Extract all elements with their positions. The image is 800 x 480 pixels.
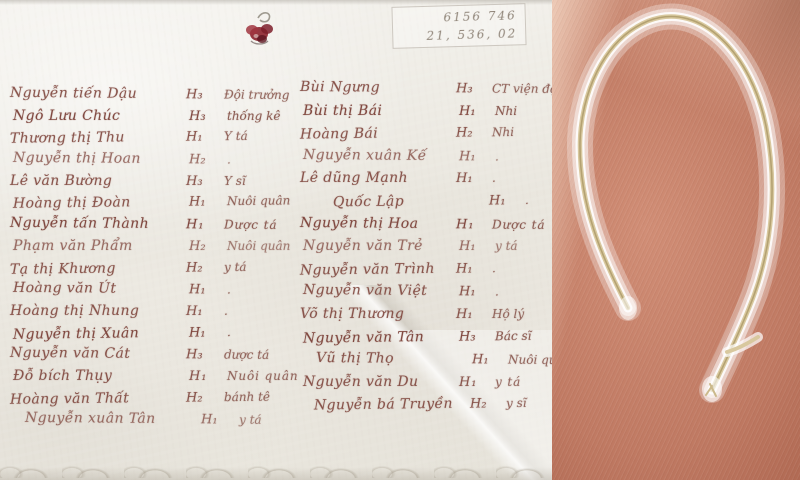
person-name: Bùi Ngưng	[300, 79, 456, 96]
role-note: Nuôi quân	[227, 239, 305, 253]
grade-mark: H₁	[189, 282, 227, 297]
role-note: Dược tá	[224, 218, 302, 233]
grade-mark: H₁	[189, 325, 227, 340]
person-name: Hoàng văn Út	[13, 280, 189, 297]
grade-mark: H₂	[186, 260, 224, 275]
grade-mark: H₁	[456, 261, 492, 276]
grade-mark: H₂	[189, 152, 227, 167]
roster-row: Nguyễn văn TânH₃Bác sĩ	[303, 327, 561, 353]
person-name: Nguyễn văn Tân	[303, 328, 459, 346]
grade-mark: H₁	[456, 171, 492, 186]
roster-row: Quốc LậpH₁.	[333, 192, 561, 217]
roster-row: Vũ thị ThọH₁Nuôi quân	[316, 350, 558, 374]
person-name: Ngô Lưu Chúc	[13, 108, 189, 124]
roster-row: Nguyễn văn CátH₃dược tá	[10, 345, 302, 369]
person-name: Nguyễn xuân Kế	[303, 147, 459, 164]
roster-row: Đỗ bích ThụyH₁Nuôi quân	[13, 368, 305, 390]
person-name: Nguyễn bá Truyền	[314, 396, 470, 414]
person-name: Lê văn Bường	[10, 173, 186, 189]
roster-row: Nguyễn tấn ThànhH₁Dược tá	[10, 215, 302, 239]
person-name: Phạm văn Phẩm	[13, 238, 189, 254]
grade-mark: H₁	[489, 193, 525, 208]
roster-row: Nguyễn xuân TânH₁y tá	[25, 410, 305, 434]
grade-mark: H₃	[456, 81, 492, 96]
roster-row: Thương thị ThuH₁Y tá	[10, 128, 302, 153]
role-note: Y sĩ	[224, 174, 302, 188]
grade-mark: H₁	[459, 285, 495, 300]
person-name: Nguyễn thị Hoa	[300, 215, 456, 232]
role-note: .	[227, 153, 305, 168]
grade-mark: H₁	[456, 217, 492, 232]
role-note: .	[227, 324, 305, 339]
roster-row: Tạ thị KhươngH₂y tá	[10, 258, 302, 283]
role-note: Nuôi quân	[227, 194, 305, 209]
grade-mark: H₃	[459, 329, 495, 344]
roster-row: Bùi NgưngH₃CT viện đội	[300, 79, 558, 104]
stamp-line-2: 21, 536, 02	[393, 24, 517, 45]
role-note: Y tá	[224, 129, 302, 144]
grade-mark: H₃	[186, 174, 224, 189]
roster-row: Hoàng thị ĐoànH₁Nuôi quân	[13, 193, 305, 218]
person-name: Thương thị Thu	[10, 129, 186, 147]
person-name: Võ thị Thương	[300, 306, 456, 322]
person-name: Nguyễn tiến Dậu	[10, 85, 186, 102]
roster-row: Hoàng văn ÚtH₁.	[13, 280, 305, 304]
role-note: thống kê	[227, 109, 305, 123]
roster-row: Nguyễn tiến DậuH₃Đội trưởng	[10, 85, 302, 109]
person-name: Hoàng thị Đoàn	[13, 194, 189, 212]
roster-row: Nguyễn thị HoaH₁Dược tá	[300, 215, 558, 240]
role-note: y tá	[224, 259, 302, 274]
person-name: Nguyễn văn Du	[303, 374, 459, 390]
roster-row: Nguyễn văn TrẻH₁y tá	[303, 238, 561, 261]
role-note: .	[227, 283, 305, 298]
roster-column-left: Nguyễn tiến DậuH₃Đội trưởng Ngô Lưu Chúc…	[10, 86, 302, 433]
person-name: Quốc Lập	[333, 192, 489, 210]
grade-mark: H₁	[472, 352, 508, 367]
roster-row: Nguyễn xuân KếH₁.	[303, 147, 561, 172]
person-name: Nguyễn văn Trình	[300, 260, 456, 278]
grade-mark: H₂	[189, 239, 227, 254]
person-name: Bùi thị Bái	[303, 103, 459, 119]
role-note: Đội trưởng	[224, 88, 302, 103]
paper-sheet: 6156 746 21, 536, 02 Nguyễn tiến DậuH₃Độ…	[0, 0, 562, 480]
roster-row: Nguyễn văn DuH₁y tá	[303, 374, 561, 397]
grade-mark: H₃	[186, 87, 224, 102]
grade-mark: H₁	[186, 304, 224, 319]
grade-mark: H₂	[470, 396, 506, 411]
roster-row: Lê dũng MạnhH₁.	[300, 170, 558, 193]
roster-row: Nguyễn bá TruyềnH₂y sĩ	[314, 395, 558, 421]
person-name: Nguyễn xuân Tân	[25, 410, 201, 427]
person-name: Nguyễn thị Hoan	[13, 150, 189, 167]
grade-mark: H₁	[459, 239, 495, 254]
roster-row: Hoàng thị NhungH₁.	[10, 303, 302, 325]
grade-mark: H₁	[186, 217, 224, 232]
roster-row: Nguyễn văn ViệtH₁.	[303, 282, 561, 307]
person-name: Nguyễn văn Trẻ	[303, 238, 459, 254]
person-name: Nguyễn văn Cát	[10, 345, 186, 362]
role-note: y tá	[239, 413, 305, 428]
roster-row: Võ thị ThươngH₁Hộ lý	[300, 306, 558, 329]
roster-row: Phạm văn PhẩmH₂Nuôi quân	[13, 238, 305, 260]
roster-row: Lê văn BườngH₃Y sĩ	[10, 173, 302, 195]
roster-row: Bùi thị BáiH₁Nhi	[303, 103, 561, 126]
pencil-accession-stamp: 6156 746 21, 536, 02	[391, 3, 526, 49]
roster-row: Ngô Lưu ChúcH₃thống kê	[13, 108, 305, 130]
roster-column-right: Bùi NgưngH₃CT viện đội Bùi thị BáiH₁Nhi …	[300, 80, 558, 419]
person-name: Vũ thị Thọ	[316, 350, 472, 367]
cream-cord-loop-icon	[545, 0, 800, 480]
grade-mark: H₂	[456, 125, 492, 140]
role-note: dược tá	[224, 348, 302, 363]
person-name: Nguyễn văn Việt	[303, 282, 459, 299]
grade-mark: H₁	[456, 307, 492, 322]
roster-row: Nguyễn thị HoanH₂.	[13, 150, 305, 174]
person-name: Hoàng Bái	[300, 125, 456, 143]
grade-mark: H₁	[459, 149, 495, 164]
grade-mark: H₁	[186, 130, 224, 145]
grade-mark: H₁	[201, 413, 239, 428]
person-name: Đỗ bích Thụy	[13, 368, 189, 384]
person-name: Tạ thị Khương	[10, 259, 186, 277]
grade-mark: H₂	[186, 390, 224, 405]
grade-mark: H₁	[459, 375, 495, 390]
person-name: Nguyễn tấn Thành	[10, 215, 186, 232]
border-shadow	[0, 467, 560, 480]
roster-row: Nguyễn văn TrìnhH₁.	[300, 259, 558, 285]
role-note: .	[224, 304, 302, 318]
person-name: Hoàng thị Nhung	[10, 303, 186, 319]
role-note: Nuôi quân	[227, 369, 305, 383]
red-rosette-seal-icon	[238, 8, 284, 54]
grade-mark: H₃	[186, 347, 224, 362]
grade-mark: H₁	[459, 104, 495, 119]
role-note: bánh tê	[224, 389, 302, 404]
grade-mark: H₁	[189, 369, 227, 384]
roster-row: Hoàng BáiH₂Nhi	[300, 124, 558, 150]
person-name: Nguyễn thị Xuân	[13, 324, 189, 342]
grade-mark: H₃	[189, 109, 227, 124]
manuscript-photo: 6156 746 21, 536, 02 Nguyễn tiến DậuH₃Độ…	[0, 0, 800, 480]
person-name: Lê dũng Mạnh	[300, 170, 456, 186]
person-name: Hoàng văn Thất	[10, 389, 186, 407]
grade-mark: H₁	[189, 195, 227, 210]
